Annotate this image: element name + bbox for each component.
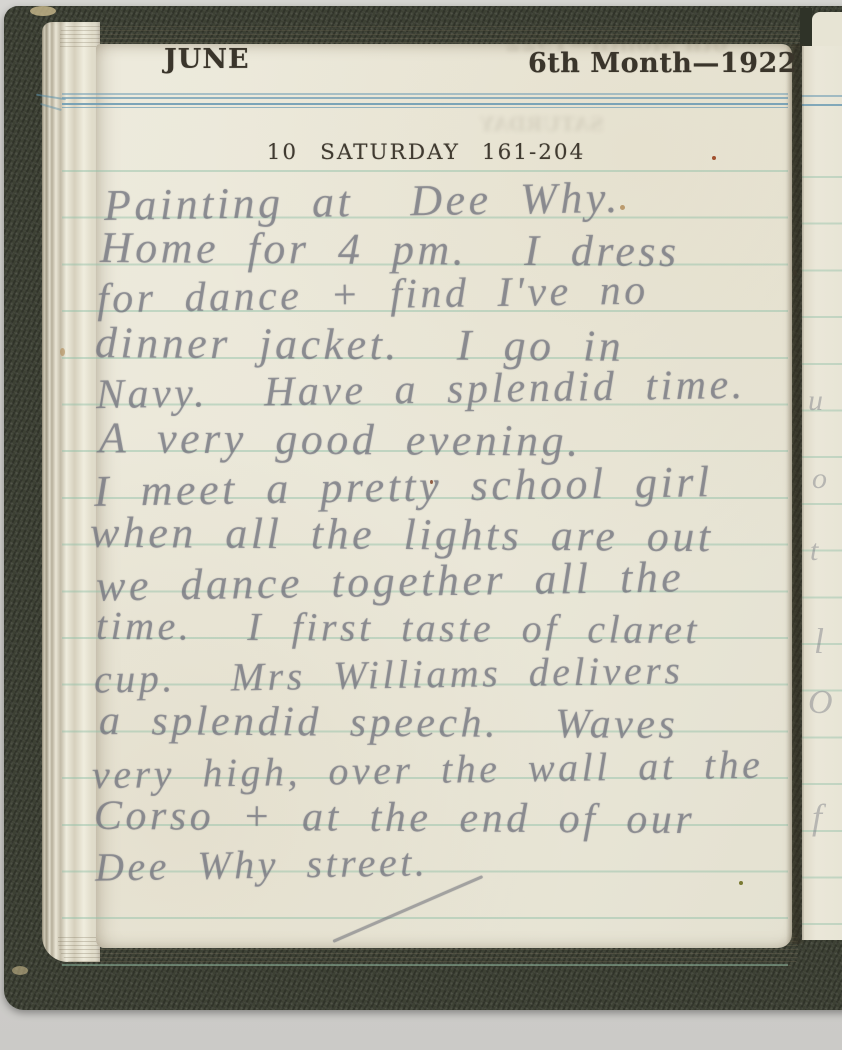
day-number: 10 (267, 140, 298, 165)
month-title: JUNE (164, 44, 250, 75)
header-rule-line (62, 97, 788, 99)
page-crease-shadow (786, 44, 804, 944)
fore-edge-stain (60, 348, 65, 356)
paper-speck (620, 205, 625, 210)
diary-entry-line: time. I first taste of claret (96, 602, 700, 653)
date-heading: 10SATURDAY161-204 (96, 140, 756, 165)
paper-speck (712, 156, 716, 160)
next-page-handwriting-mark: t (810, 534, 818, 568)
bleed-through-dateline-text: SATURDAY (480, 112, 604, 136)
cover-fray-top (30, 6, 56, 16)
header-rule-line (62, 107, 788, 109)
next-page-corner (812, 12, 842, 50)
paper-speck (739, 881, 743, 885)
day-of-year-numbers: 161-204 (482, 140, 585, 165)
header-rule-line-next-page (802, 104, 842, 106)
next-page-handwriting-mark: o (812, 462, 827, 496)
paper-speck (793, 270, 797, 276)
header-rule-line (62, 103, 788, 105)
next-page-handwriting-mark: f (812, 796, 822, 838)
cover-fray-bottom (12, 966, 28, 975)
diary-photograph: { "header": { "month": "JUNE", "month_ye… (0, 0, 842, 1050)
feint-ruled-lines-next-page (802, 156, 842, 968)
diary-entry-line: a splendid speech. Waves (99, 697, 679, 749)
paper-speck (430, 480, 433, 484)
next-page-handwriting-mark: l (814, 620, 824, 662)
diary-entry-line: Corso + at the end of our (94, 792, 696, 844)
month-year-title: 6th Month—1922 (528, 48, 797, 79)
diary-entry-line: Dee Why street. (95, 838, 429, 890)
header-rule-line-next-page (802, 95, 842, 97)
header-rule-line (62, 93, 788, 95)
diary-entry-line: cup. Mrs Williams delivers (94, 646, 684, 702)
diary-entry-line: for dance + find I've no (97, 267, 649, 324)
diary-entry-line: Navy. Have a splendid time. (96, 361, 746, 419)
next-page-handwriting-mark: u (808, 384, 823, 418)
next-page-handwriting-mark: O (808, 684, 833, 722)
weekday-label: SATURDAY (320, 140, 460, 165)
